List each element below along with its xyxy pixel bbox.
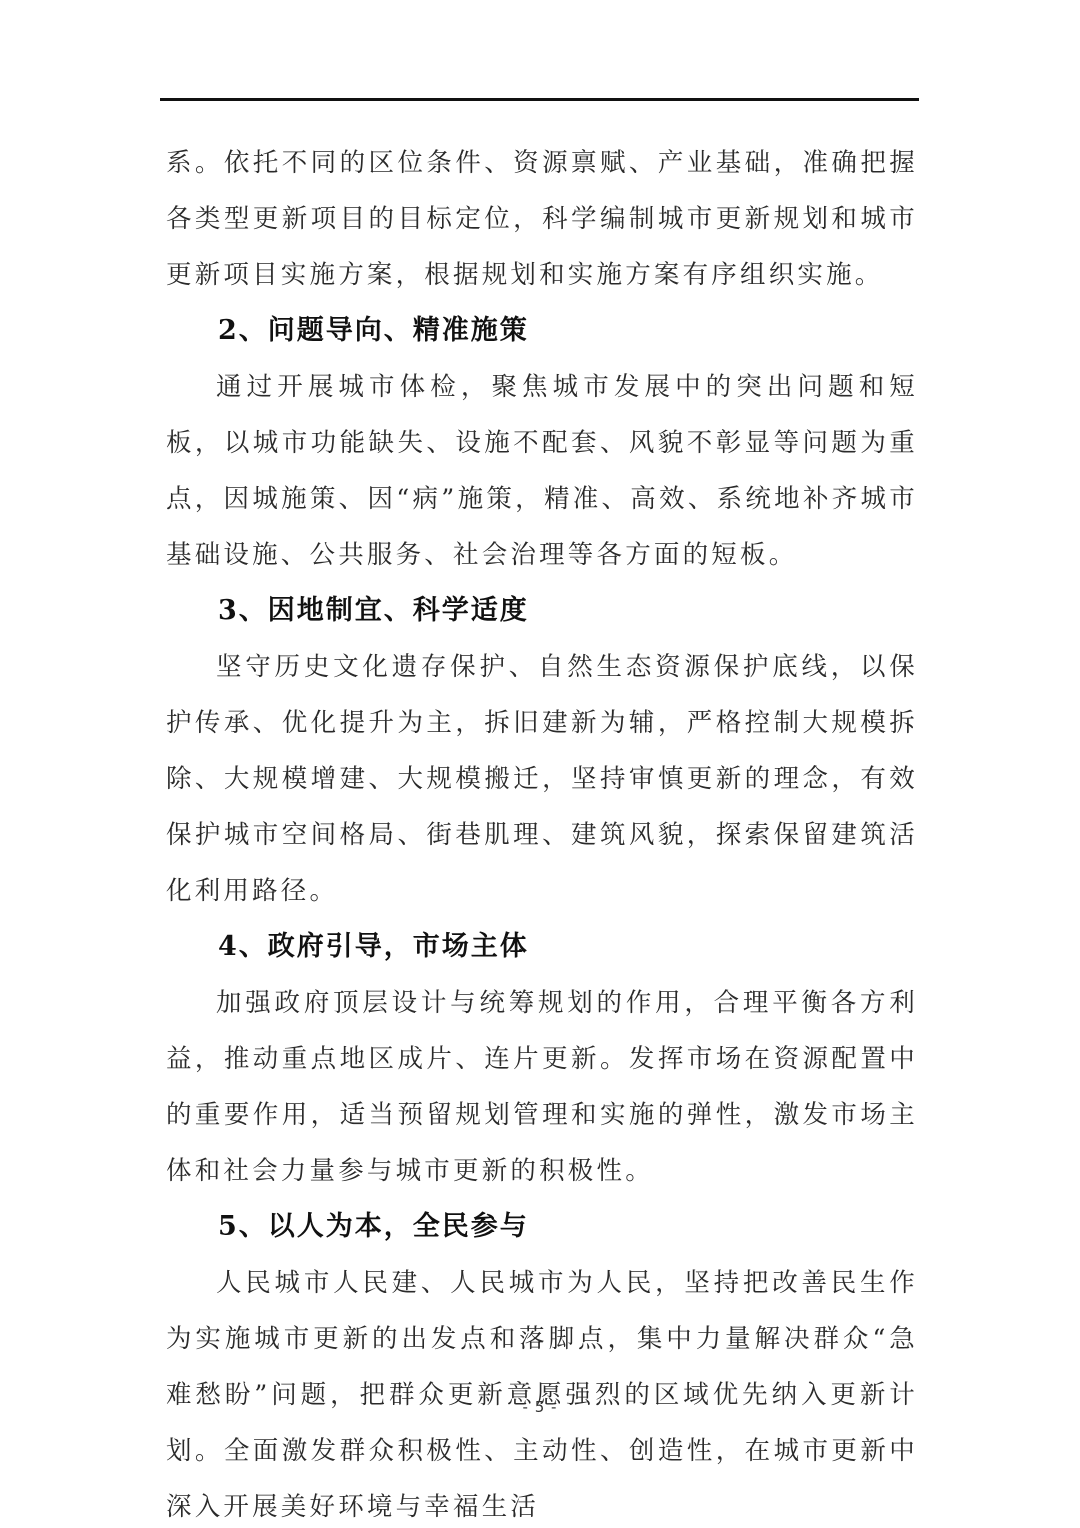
section-body-2: 通过开展城市体检，聚焦城市发展中的突出问题和短板，以城市功能缺失、设施不配套、风…	[166, 359, 918, 583]
document-page: 系。依托不同的区位条件、资源禀赋、产业基础，准确把握各类型更新项目的目标定位，科…	[0, 0, 1080, 1528]
page-content: 系。依托不同的区位条件、资源禀赋、产业基础，准确把握各类型更新项目的目标定位，科…	[166, 135, 918, 1528]
section-body-5: 人民城市人民建、人民城市为人民，坚持把改善民生作为实施城市更新的出发点和落脚点，…	[166, 1255, 918, 1528]
section-heading-4: 4、政府引导，市场主体	[166, 919, 918, 975]
continuation-paragraph: 系。依托不同的区位条件、资源禀赋、产业基础，准确把握各类型更新项目的目标定位，科…	[166, 135, 918, 303]
section-heading-2: 2、问题导向、精准施策	[166, 303, 918, 359]
section-body-4: 加强政府顶层设计与统筹规划的作用，合理平衡各方利益，推动重点地区成片、连片更新。…	[166, 975, 918, 1199]
header-rule	[160, 98, 919, 101]
section-heading-3: 3、因地制宜、科学适度	[166, 583, 918, 639]
section-heading-5: 5、以人为本，全民参与	[166, 1199, 918, 1255]
page-number: - 5 -	[0, 1398, 1080, 1416]
section-body-3: 坚守历史文化遗存保护、自然生态资源保护底线，以保护传承、优化提升为主，拆旧建新为…	[166, 639, 918, 919]
